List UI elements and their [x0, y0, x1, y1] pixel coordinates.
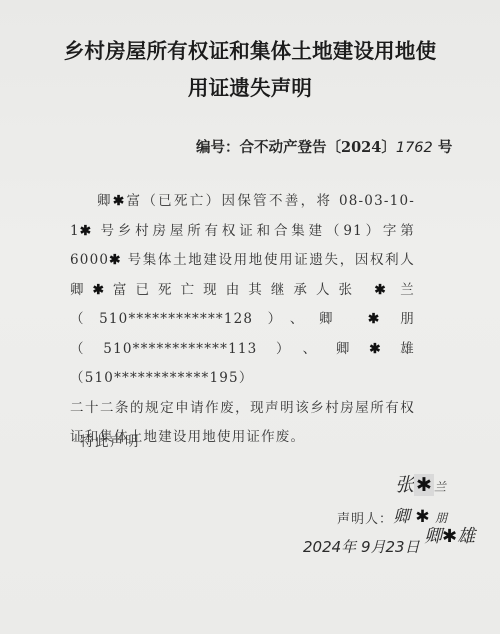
text: 张 — [395, 474, 414, 496]
text: 兰 — [434, 480, 446, 494]
signature-1: 张✱兰 — [395, 470, 446, 497]
title-line-1: 乡村房屋所有权证和集体土地建设用地使 — [40, 33, 460, 70]
text: 卿 — [393, 507, 410, 527]
page-title: 乡村房屋所有权证和集体土地建设用地使 用证遗失声明 — [40, 33, 460, 107]
text: 富已死亡现由其继承人张 — [105, 282, 374, 298]
redaction-mark-icon: ✱ — [442, 526, 457, 547]
doc-number-suffix: 号 — [433, 139, 453, 156]
signature-3: 卿✱雄 — [424, 522, 475, 548]
redaction-mark-icon: ✱ — [113, 193, 126, 209]
statement-body: 卿✱富（已死亡）因保管不善，将 08-03-10-1✱ 号乡村房屋所有权证和合集… — [70, 187, 415, 453]
redaction-mark-icon: ✱ — [109, 252, 122, 268]
statement-paragraph-1: 卿✱富（已死亡）因保管不善，将 08-03-10-1✱ 号乡村房屋所有权证和合集… — [70, 187, 415, 394]
title-line-2: 用证遗失声明 — [40, 70, 460, 107]
redaction-mark-icon: ✱ — [80, 223, 93, 239]
doc-number-label: 编号：合不动产登告〔2024〕 — [196, 139, 396, 156]
redaction-mark-icon: ✱ — [93, 282, 106, 298]
text: 卿 — [97, 193, 113, 209]
doc-number-handwritten: 1762 — [396, 140, 433, 156]
redaction-mark-icon: ✱ — [414, 474, 434, 496]
closing-statement: 特此声明 — [80, 430, 140, 450]
signature-label: 声明人： — [337, 508, 393, 527]
redaction-mark-icon: ✱ — [374, 282, 387, 298]
text: 卿 — [424, 526, 442, 547]
signature-date: 2024年 9月23日 — [303, 536, 420, 557]
redaction-mark-icon: ✱ — [368, 311, 381, 327]
document-number: 编号：合不动产登告〔2024〕1762 号 — [196, 136, 452, 157]
redaction-mark-icon: ✱ — [369, 341, 382, 357]
document-page: 乡村房屋所有权证和集体土地建设用地使 用证遗失声明 编号：合不动产登告〔2024… — [0, 0, 500, 634]
text: 雄 — [457, 526, 475, 547]
